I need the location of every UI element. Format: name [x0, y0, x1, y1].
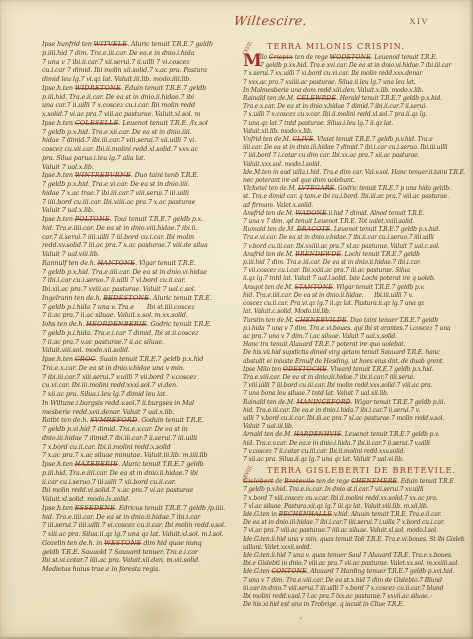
text-line: 7 una v 7 ibi.ii.car.7 xii.serui.7 ii.ui… — [42, 58, 238, 67]
text-line: In Wiltune.i.burgsis redd.v.sol.7 ii.bur… — [42, 399, 238, 408]
text-run: lat. Valuit.c.solid. Modo.iiii.lib. — [243, 308, 330, 315]
place-name: WODETONE — [330, 54, 371, 61]
text-line: Ipse.h.ten COLESELLE. Leuenot tenuit T.R… — [42, 119, 238, 128]
place-name: CHENEMERE — [351, 478, 397, 485]
text-run: una car.7 ii.uilli 7 x.coscez cu.i.car. … — [42, 101, 195, 109]
text-run: hidae 7 x.ac trae.7 ibi.iii.car.7 viii.s… — [42, 189, 189, 197]
text-run: 7 iii.serui.7 iiii.uilli 7 vi.coscez cu.… — [42, 521, 226, 529]
text-run: 7 xiii.ac pra. Silua.ii.qz lg.7 una qz l… — [42, 530, 224, 538]
text-line: 7 una v 7 dim. Tra.e.viii.car. De ea st.… — [243, 577, 465, 585]
text-line: Gozelin ten de.h. in WESTONE dim hid qua… — [42, 539, 238, 548]
text-line: Rannulf ten de.h. HANTONE. Vlgar tenuit … — [42, 259, 238, 268]
text-line: Ipse.h.ten WIDRETONE. Eduin tenuit T.R.E… — [42, 84, 238, 93]
text-line: hid. Tra.e.iiii.car. De ea st in dnio.ii… — [42, 513, 238, 522]
chapter-heading: XXVIII.TERRA GISLEBERTI DE BRETEVILE. — [267, 465, 465, 476]
text-run: . Toui tenuit T.R.E.7 geldb p.x. — [110, 215, 203, 223]
text-run: p.iiii.hid 7 dim. Tra.e.iii.car. De ea.e… — [42, 49, 194, 57]
text-line: Vnfrid ten de.M. CLIVE. Vluiet tenuit T.… — [243, 136, 465, 144]
text-run: 7 ibi.iii.car.7 xiii.serui.7 v.uilli 7 v… — [42, 373, 196, 381]
text-run: Tra.e.x.car. De ea st in dnio.v.hidae 7 … — [243, 103, 427, 110]
text-run: 7 xii.ac pra. Silua.ii.qz lg.7 una qz la… — [243, 456, 404, 463]
text-run: 7 una v 7 ibi.ii.car.7 xii.serui.7 ii.ui… — [42, 58, 190, 66]
text-run: . Eduin tenuit T.R.E. — [397, 478, 455, 485]
text-line: 7 x.serui.7 xx.uilli 7 xi.bord cu.vi.car… — [243, 70, 465, 78]
text-run: Rannulf ten de.h. — [42, 259, 97, 267]
text-run: coscez cu.vii.car. Ibi.ii.molini redd.xl… — [42, 145, 198, 153]
text-line: car.7 ii.serui.7 iiii.uilli 7 iii.bord c… — [42, 233, 238, 242]
text-run: 7 geldb p.vi.hid 7 dimid. Tra.e.v.car. D… — [42, 425, 188, 433]
text-run: Ide.M.ten in ead uilla.i.hid. Tra.e dim … — [243, 169, 465, 176]
text-line: p.iiii.hid 7 dim. Tra.e.iii.car. De ea.e… — [42, 49, 238, 58]
text-run: 7 x.uilli 7 x.coscez cu.v.car. Ibi.ii.mo… — [243, 111, 427, 118]
text-line: p.iii.hid. Tra.e.ii.car. De ea st in dni… — [42, 93, 238, 102]
ink-speck — [430, 595, 432, 597]
text-line: 7 ibi.i.car cu.i.seruo.7 ii.uilli 7 vi.b… — [42, 276, 238, 285]
text-line: ii.qz lg.7 tntd lat. Valuit 7 ual.l.soli… — [243, 275, 465, 283]
place-name: LVTEGARE — [298, 185, 334, 192]
text-run: De his.vii.hid supdictis dimid virg qeta… — [243, 349, 440, 356]
text-run: . Duo taini tenuer T.R.E.7 geldb — [347, 317, 438, 324]
text-line: ad firmam. Valet.x.solid. — [243, 202, 465, 210]
text-line: abstulit ei iniuste Ernulf de Hesding. u… — [243, 358, 465, 366]
text-line: coscez cu.ii.car. Pra.vi.qz lg.7 ii.qz l… — [243, 300, 465, 308]
text-run: Valuit 7 ual.viii.lib. — [42, 250, 99, 258]
place-name: BECHENHALLE — [279, 511, 332, 518]
text-line: Ide.G.ten.ii.hid 7 una v. quas tenuer Sa… — [243, 552, 465, 560]
chapter-heading: .XXVII.TERRA MILONIS CRISPIN. — [267, 41, 465, 52]
text-line: p.iii.hid. Tra.e.iiii.car. De ea st in d… — [42, 469, 238, 478]
text-line: una car.7 ii.uilli 7 x.coscez cu.i.car. … — [42, 101, 238, 110]
text-run: coscez cu.ii.car. Pra.vi.qz lg.7 ii.qz l… — [243, 300, 424, 307]
place-name: POLTONE — [75, 215, 110, 223]
text-line: geldb T.R.E. Sauuold 7 Sauuard tenuer. T… — [42, 548, 238, 557]
text-run: 7 geldb p.xx.hid. Tra.e.xvi.car. De ea s… — [260, 62, 451, 69]
text-run: Ansfrid ten de.M. — [243, 210, 295, 217]
text-run: Valuit.xxx.sol. modo.l.solid. — [243, 161, 321, 168]
text-line: Ipse.h.ten WINTREBVRNE. Duo taini tenb T… — [42, 171, 238, 180]
chapter-title: TERRA GISLEBERTI DE BRETEVILE. — [267, 465, 456, 475]
text-run: . Leuenot tenuit T.R.E. /lx.sol — [119, 119, 208, 127]
text-run: redd.xv.solid.7 iii.ac pra.7 x.ac pastur… — [42, 241, 208, 249]
text-run: iii.car in dnio.7 viii.serui.7 iii.uilli… — [243, 585, 443, 592]
text-line: 7 geldb p.xx.hid. Tra.e.xvi.car. De ea s… — [243, 62, 465, 70]
folio-number: XIV — [409, 16, 429, 26]
text-run: Hanc tra tenuit Aluuard T.R.E.7 poterat … — [243, 341, 405, 348]
text-line: Tra.e.x.car. De ea st in dnio.v.hidae 7 … — [243, 103, 465, 111]
text-line: Ide.M.ten in ead uilla.i.hid. Tra.e dim … — [243, 169, 465, 177]
text-run: . Aluric tenuit T.R.E.7 geldb — [118, 460, 204, 468]
text-run: iiii.car. De ea st in dnio.iii.hidae 7 d… — [243, 144, 448, 151]
text-run: . Wlgar tenuit T.R.E.7 geldb p.v. — [333, 284, 425, 291]
text-run: .v.hid. Aluuin tenuit T.R.E. Tra.e.ii.ca… — [332, 511, 442, 518]
text-line: Valuit 7 ual.x.lib. — [42, 163, 238, 172]
text-run: Ide.G.ten in — [243, 511, 279, 518]
text-line: coscez cu.vii.car. Ibi.ii.molini redd.xl… — [42, 145, 238, 154]
text-run: 7 xii.ac pra. Silua.i.leu lg.7 dimid leu… — [42, 390, 167, 398]
text-line: In Malmesberie una dom redd.xiii.den. Va… — [243, 87, 465, 95]
text-run: Ipse.h.ten — [42, 119, 75, 127]
text-line: Valuit.xii.lib. modo.x.lib. — [243, 128, 465, 136]
text-line: 7 iiii.bord 7 i.cotar cu dim car. Ibi.xx… — [243, 152, 465, 160]
text-line: iii.car in dnio.7 viii.serui.7 iii.uilli… — [243, 585, 465, 593]
text-run: 7 geldb p.i.hida 7 una v. Tra.e Ibi st.i… — [42, 303, 195, 311]
text-run: Rumald ten de.M. — [243, 226, 297, 233]
text-run: Tra.e.vi.car. De ea st in dnio.v.hidae.7… — [243, 234, 434, 241]
text-run: .ii.hid 7 dimid. Alnod tenuit T.R.E. — [327, 210, 425, 217]
text-run: dim hid quae nunq — [141, 539, 201, 547]
text-line: Ide.G.ten CONTONE. Aluuard 7 Harding ten… — [243, 568, 465, 576]
text-line: Iohs ten de.h. HEORDENBERIE. Godric tenu… — [42, 320, 238, 329]
text-line: 7 geldb p.vi.hid 7 dimid. Tra.e.v.car. D… — [42, 425, 238, 434]
text-line: Ipse.h.ten ESSEDENE. Edricus tenuit T.R.… — [42, 504, 238, 513]
text-line: ilo Crispin ten de rege WODETONE. Leueno… — [243, 54, 465, 62]
place-name: STANTONE — [295, 284, 333, 291]
text-line: Tra.e.viii.car. De ea st in dnio.iii.hid… — [243, 374, 465, 382]
text-run: ii.qz lg.7 tntd lat. Valuit 7 ual.l.soli… — [243, 275, 435, 282]
text-line: De his.vii.hid supdictis dimid virg qeta… — [243, 349, 465, 357]
text-run: Rainald ten de.M. — [243, 399, 297, 406]
text-run: . Lochi tenuit T.R.E.7 geldb — [341, 251, 420, 258]
place-name: CONTONE — [271, 568, 306, 575]
text-run: De ea st in dnio.iii.hidae.7 ibi.i.car.7… — [243, 519, 445, 526]
text-run: 7 x.bord cu.ii.car. Ibi.ii.molini redd.x… — [42, 443, 171, 451]
text-run: 7 geldb p.x.hid. Tra.e.vi.car. De ea st … — [42, 180, 190, 188]
text-run: 7 vii.coscez cu.i.car. Ibi.xxiii.ac pra.… — [243, 267, 410, 274]
text-run: Ingelrann ten de.h. — [42, 294, 103, 302]
place-name: DRACOTE — [297, 226, 331, 233]
text-run: Ipse hunfrid ten — [42, 40, 94, 48]
text-line: ii.car cu.i.seruo.7 iii.uilli 7 xii.bord… — [42, 478, 238, 487]
text-run: 7 geldb p.i.hida. Tra.e.i.car 7 dimid. I… — [42, 329, 198, 337]
text-line: cu.i.car 7 dimid. Ibi molin xii.solid.7 … — [42, 66, 238, 75]
text-line: Ibi molin redd.vi.solid.7 x.ac pra.7 vi.… — [42, 486, 238, 495]
text-line: Rainald ten de.M. CELEWRDE. Herald tenui… — [243, 95, 465, 103]
place-name: ESSEDENE — [75, 504, 115, 512]
place-name: ODESTOCHE — [283, 366, 327, 373]
text-line: Gislebert de Bretevile ten de rege CHENE… — [243, 478, 465, 486]
text-line: 7 ibi.iii.car.7 xiii.serui.7 v.uilli 7 v… — [42, 373, 238, 382]
text-line: Hanc tra tenuit Aluuard T.R.E.7 poterat … — [243, 341, 465, 349]
text-run: hidae 7 dimid.7 ibi.iii.car.7 viii.serui… — [42, 136, 196, 144]
place-name: HANTONE — [97, 259, 135, 267]
text-line: 7 xiii.ac pra. Silua.ii.qz lg.7 una qz l… — [42, 530, 238, 539]
text-run: 7 xl.ac siluae. Pastura.xii.qz lg.7 iii.… — [243, 503, 428, 510]
text-run: Valuit.xii.lib. modo.x.lib. — [243, 128, 312, 135]
text-run: 7 x.bord 7 xiii.coscez cu.v.car. Ibi.ii.… — [243, 495, 438, 502]
text-line: hid. Tra.e.iiii.car. De ea st in dnio.ii… — [243, 292, 465, 300]
text-run: car.7 ii.serui.7 iiii.uilli 7 iii.bord c… — [42, 233, 194, 241]
text-line: 7 una qz lat.7 tntd pasturae. Silua.i.le… — [243, 120, 465, 128]
text-line: 7 v.bord cu.iii.car. Ibi.xxiiii.ac pra.7… — [243, 243, 465, 251]
text-run: . Edricus tenuit T.R.E.7 geldb /p.iiii. — [115, 504, 225, 512]
text-line: Rainald ten de.M. MANINGEFORD. Wigar ten… — [243, 399, 465, 407]
text-line: p.iii.hid 7 dim. Tra.e.iii.car. De ea st… — [243, 259, 465, 267]
text-line: p.i.hida 7 una v 7 dim. Tra.e.vi.boues. … — [243, 325, 465, 333]
text-line: Ide.G.ten.ii.hid una v min. quas tenuit … — [243, 536, 465, 544]
place-name: SVMREFORD — [90, 416, 137, 424]
text-run: Ipse.h.ten — [42, 171, 75, 179]
text-run: . Godric tenuit T.R.E. — [147, 320, 212, 328]
text-line: x.solid.7 vi.ac pra.7 viii.ac pasturae. … — [42, 110, 238, 119]
right-text-column: .XXVII.TERRA MILONIS CRISPIN.Milo Crispi… — [243, 40, 465, 625]
text-run: 7 v.coscez 7 ii.cotar cu.iii.car. Ibi.ii… — [243, 448, 405, 455]
place-name: WITVELE — [94, 40, 128, 48]
text-run: Rotbt ten de.h. — [42, 416, 90, 424]
text-line: 7 geldb p.i.hida. Tra.e.i.car 7 dimid. I… — [42, 329, 238, 338]
text-run: Ide.G.ten — [243, 568, 271, 575]
text-line: Tra.e.x.car. De ea st in dnio.v.hidae un… — [42, 364, 238, 373]
text-run: Iohs ten de.h. — [42, 320, 86, 328]
text-run: pra. Silua parua.i.leu lg.7 alia lat. — [42, 154, 145, 162]
text-line: Ansgot ten de.M. STANTONE. Wlgar tenuit … — [243, 284, 465, 292]
text-line: Ide.G.ten in BECHENHALLE.v.hid. Aluuin t… — [243, 511, 465, 519]
text-run: ten de rege — [315, 478, 352, 485]
text-run: Ibi molini redd.v.sol.7 l.ac pra.7 lxx.a… — [243, 593, 429, 600]
place-name: CHENEBVILDE — [295, 317, 346, 324]
place-name: MANINGEFORD — [297, 399, 351, 406]
running-title: Wiltescire. — [233, 13, 308, 28]
place-name: HAZEBERIE — [75, 460, 118, 468]
text-run: 7 ii.ac pra.7 v.ac pasturae.7 ii.ac silu… — [42, 338, 164, 346]
text-run: Ipse.h.ten — [42, 355, 75, 363]
place-name: WINTREBVRNE — [75, 171, 131, 179]
ink-speck — [300, 617, 302, 619]
text-line: Valuit.viii.sol. modo.xii.solid. — [42, 346, 238, 355]
text-line: Ingelrann ten de.h. BEDESTONE. Aluric te… — [42, 294, 238, 303]
text-run: nec poterant ire ad que dnm uolebant. — [243, 177, 355, 184]
text-line: nec poterant ire ad que dnm uolebant. — [243, 177, 465, 185]
text-run: 7 una v 7 dim. Tra.e.viii.car. De ea st.… — [243, 577, 442, 584]
text-run: hid. Tra.e.iiii.car. De ea st in dnio.vi… — [42, 224, 197, 232]
text-run: geldb T.R.E. Sauuold 7 Sauuard tenuer. T… — [42, 548, 198, 556]
text-line: hidae 7 x.ac trae.7 ibi.iii.car.7 viii.s… — [42, 189, 238, 198]
text-run: Ansfrid ten de.M. — [243, 251, 295, 258]
text-line: 7 vi.ac pra.7 viii.ac pasturae.7 iiii.ac… — [243, 527, 465, 535]
text-run: Ipse.h.ten — [42, 504, 75, 512]
text-run: 7 iiii.bord 7 i.cotar cu dim car. Ibi.xx… — [243, 152, 419, 159]
text-run: Ibi st.vi.cotar.7 iiii.ac pra. Valuit.xi… — [42, 556, 200, 564]
text-run: . Goduin tenuit T.R.E. — [137, 416, 203, 424]
text-line: iiii.car. De ea st in dnio.iii.hidae 7 d… — [243, 144, 465, 152]
text-run: . Vlgar tenuit T.R.E. — [135, 259, 196, 267]
text-line: uilli 7 v.bord cu.ii.car. Ibi.iii.ac pra… — [243, 415, 465, 423]
text-run: Ansgot ten de.M. — [243, 284, 295, 291]
text-line: Ibi.e Gislebti in dnio.7 viii.ac pra.7 v… — [243, 560, 465, 568]
text-line: Ibi.xii.ac pra.7 xviii.ac pasturae. Valu… — [42, 285, 238, 294]
text-run: . Suain tenuit T.R.E.7 geldb p.x.hid — [96, 355, 204, 363]
text-run: . Eduin tenuit T.R.E.7 geldb — [121, 84, 206, 92]
text-run: . Duo taini tenb T.R.E. — [131, 171, 199, 179]
text-line: Valuit 7 ual.x.lib. — [42, 206, 238, 215]
place-name: BRENDEWDE — [295, 251, 341, 258]
text-run: st. Tra.e dimid car. q tam.e ibi cu.i.bo… — [243, 193, 449, 200]
text-line: cu.vi.car. Ibi.iii.molini redd.xxxi.sol.… — [42, 381, 238, 390]
text-run: 7 iiii.bord cu.iii.car. Ibi.xiiii.ac pra… — [42, 198, 195, 206]
text-run: 7 ibi.i.car cu.i.seruo.7 ii.uilli 7 vi.b… — [42, 276, 186, 284]
text-run: Turstin ten de.M. — [243, 317, 295, 324]
text-run: Ipse.h.ten — [42, 215, 75, 223]
text-run: hid. Tra.e.v.car. De ea.e in dnio.i.hida… — [243, 440, 430, 447]
left-text-column: Ipse hunfrid ten WITVELE. Aluric tenuit … — [42, 40, 238, 600]
text-line: 7 geldb p.v.hid. Tra.e.ix.car. In dnio s… — [243, 486, 465, 494]
text-line: Valuit.xl.solid. modo.lx.solid. — [42, 495, 238, 504]
text-line: pra. Silua parua.i.leu lg.7 alia lat. — [42, 154, 238, 163]
text-line: Rotbt ten de.h. SVMREFORD. Goduin tenuit… — [42, 416, 238, 425]
text-run: Ipse.h.ten — [42, 84, 75, 92]
text-run: cu.vi.car. Ibi.iii.molini redd.xxxi.sol.… — [42, 381, 178, 389]
text-run: Rainald ten de.M. — [243, 95, 297, 102]
text-run: Tra.e.x.car. De ea st in dnio.v.hidae un… — [42, 364, 185, 372]
text-line: Ibi molini redd.v.sol.7 l.ac pra.7 lxx.a… — [243, 593, 465, 601]
text-run: . Leuenod tenuit T.R.E. — [371, 54, 437, 61]
text-run: uillani. Valet.xxxii.solid. — [243, 544, 311, 551]
text-run: 7 v.bord cu.iii.car. Ibi.xxiiii.ac pra.7… — [243, 243, 440, 250]
text-line: 7 una v 7 dim. qd tenuit Leuenot T.R.E. … — [243, 218, 465, 226]
text-line: 7 viii.uilli 7 iii.bord cu.iii.car. Ibi … — [243, 382, 465, 390]
text-run: 7 x.serui.7 xx.uilli 7 xi.bord cu.vi.car… — [243, 70, 422, 77]
text-line: 7 xl.ac siluae. Pastura.xii.qz lg.7 iii.… — [243, 503, 465, 511]
chapter-title: TERRA MILONIS CRISPIN. — [267, 41, 405, 51]
text-line: De ea st in dnio.iii.hidae.7 ibi.i.car.7… — [243, 519, 465, 527]
text-line: Ipse Milo ten ODESTOCHE. Vlward tenuit T… — [243, 366, 465, 374]
text-run: Valuit 7 ual.x.lib. — [42, 206, 94, 214]
text-run: hid. Tra.e.iiii.car. De ea st in dnio.ii… — [42, 513, 200, 521]
text-run: hid. Tra.e.iii.car. De ea.e in dnio.i.hi… — [243, 407, 420, 414]
text-run: de — [274, 478, 285, 485]
text-run: dimid leu lg.7 vi.qz lat. Valuit.iii.lib… — [42, 75, 191, 83]
place-name: Bretevile — [284, 478, 314, 485]
text-line: ac pra.7 una v 7 dim.7 i.ac siluae. Valu… — [243, 333, 465, 341]
text-run: Valuit.viii.sol. modo.xii.solid. — [42, 346, 130, 354]
text-run: ilo — [260, 54, 269, 61]
text-run: 7 x.ac pra.7 x.ac siluae minutae. Valuit… — [42, 451, 207, 459]
text-run: Gozelin ten de.h. in — [42, 539, 104, 547]
text-line: 7 geldb p.x.hid. Tra.e.iiii.car. De ea s… — [42, 268, 238, 277]
text-run: Ibi.e Gislebti in dnio.7 viii.ac pra.7 v… — [243, 560, 459, 567]
place-name: WESTONE — [104, 539, 141, 547]
text-run: De his.xi.hid est una in Trobrige. q iac… — [243, 601, 404, 608]
text-line: Ipse.h.ten CROC. Suain tenuit T.R.E.7 ge… — [42, 355, 238, 364]
text-run: 7 una qz lat.7 tntd pasturae. Silua.i.le… — [243, 120, 393, 127]
text-line: Valuit.xxx.sol. modo.l.solid. — [243, 161, 465, 169]
text-line: De his.xi.hid est una in Trobrige. q iac… — [243, 601, 465, 609]
text-line: mesberie redd.xvii.denar. Valuit 7 ual.x… — [42, 408, 238, 417]
text-run: . Leuenot tenuit T.R.E.7 geldb p.v. — [341, 431, 439, 438]
text-run: Arnald ten de.M. — [243, 431, 294, 438]
text-run: Medietas huius trae.e in foresta regis. — [42, 565, 160, 573]
text-run: ii.car cu.i.seruo.7 iii.uilli 7 xii.bord… — [42, 478, 176, 486]
text-run: Vlchetel ten de.M. — [243, 185, 298, 192]
text-run: In Malmesberie una dom redd.xiii.den. Va… — [243, 87, 423, 94]
text-line: Ansfrid ten de.M. BRENDEWDE. Lochi tenui… — [243, 251, 465, 259]
place-name: BEDESTONE — [103, 294, 149, 302]
text-line: Turstin ten de.M. CHENEBVILDE. Duo taini… — [243, 317, 465, 325]
text-line: Ipse.h.ten HAZEBERIE. Aluric tenuit T.R.… — [42, 460, 238, 469]
text-line: lat. Valuit.c.solid. Modo.iiii.lib. — [243, 308, 465, 316]
text-line: Rumald ten de.M. DRACOTE. Leuenot tenuit… — [243, 226, 465, 234]
text-run: . Godric tenuit T.R.E.7 p una hida geldb… — [334, 185, 450, 192]
text-line: dnio.iii.hidae 7 dimid.7 ibi.iii.car.7 i… — [42, 434, 238, 443]
text-run: 7 geldb p.x.hid. Tra.e.xii.car. De ea st… — [42, 128, 192, 136]
text-line: Arnald ten de.M. HARDENHVIS. Leuenot ten… — [243, 431, 465, 439]
text-line: 7 geldb p.i.hida 7 una v. Tra.e Ibi st.i… — [42, 303, 238, 312]
text-run: . Vluiet tenuit T.R.E.7 geldb p.v.hid. T… — [314, 136, 433, 143]
text-run: ad firmam. Valet.x.solid. — [243, 202, 313, 209]
text-line: Vlchetel ten de.M. LVTEGARE. Godric tenu… — [243, 185, 465, 193]
text-run: Valuit 7 ual.x.lib. — [42, 163, 94, 171]
text-run: . Aluric tenuit T.R.E. — [149, 294, 211, 302]
text-run: 7 una v 7 dim. qd tenuit Leuenot T.R.E. … — [243, 218, 414, 225]
place-name: HARDENHVIS — [294, 431, 342, 438]
text-run: dnio.iii.hidae 7 dimid.7 ibi.iii.car.7 i… — [42, 434, 197, 442]
text-run: x.solid.7 vi.ac pra.7 viii.ac pasturae. … — [42, 110, 200, 118]
text-run: Tra.e.viii.car. De ea st in dnio.iii.hid… — [243, 374, 415, 381]
text-run: . Herald tenuit T.R.E.7 geldb p.x.hid. — [336, 95, 442, 102]
text-line: 7 v.coscez 7 ii.cotar cu.iii.car. Ibi.ii… — [243, 448, 465, 456]
text-run: 7 una bona leu siluae.7 tntd lat. Valuit… — [243, 390, 389, 397]
stain — [110, 588, 200, 639]
text-run: Ide.G.ten.ii.hid 7 una v. quas tenuer Sa… — [243, 552, 453, 559]
text-line: 7 x.bord 7 xiii.coscez cu.v.car. Ibi.ii.… — [243, 495, 465, 503]
text-line: st. Tra.e dimid car. q tam.e ibi cu.i.bo… — [243, 193, 465, 201]
text-run: p.iii.hid 7 dim. Tra.e.iii.car. De ea st… — [243, 259, 421, 266]
text-run: uilli 7 v.bord cu.ii.car. Ibi.iii.ac pra… — [243, 415, 444, 422]
text-run: 7 vi.ac pra.7 viii.ac pasturae.7 iiii.ac… — [243, 527, 438, 534]
text-line: Ansfrid ten de.M. WADONE.ii.hid 7 dimid.… — [243, 210, 465, 218]
place-name: CELEWRDE — [297, 95, 337, 102]
text-line: 7 ii.ac pra.7 ii.ac siluae. Valuit.x.sol… — [42, 311, 238, 320]
text-run: Valuit 7 ual.iii.lib. — [243, 423, 293, 430]
text-run: Vnfrid ten de.M. — [243, 136, 292, 143]
text-run: 7 viii.uilli 7 iii.bord cu.iii.car. Ibi … — [243, 382, 432, 389]
text-run: . Wigar tenuit T.R.E.7 geldb p.iii. — [351, 399, 445, 406]
text-line: 7 vii.coscez cu.i.car. Ibi.xxiii.ac pra.… — [243, 267, 465, 275]
text-line: hid. Tra.e.iiii.car. De ea st in dnio.vi… — [42, 224, 238, 233]
text-line: 7 x.ac pra.7 x.ac siluae minutae. Valuit… — [42, 451, 238, 460]
text-line: hidae 7 dimid.7 ibi.iii.car.7 viii.serui… — [42, 136, 238, 145]
text-line: Tra.e.vi.car. De ea st in dnio.v.hidae.7… — [243, 234, 465, 242]
text-line: Valuit 7 ual.iii.lib. — [243, 423, 465, 431]
text-run: Ide.G.ten.ii.hid una v min. quas tenuit … — [243, 536, 465, 543]
text-line: 7 x.bord cu.ii.car. Ibi.ii.molini redd.x… — [42, 443, 238, 452]
place-name: WIDRETONE — [75, 84, 121, 92]
text-line: 7 xii.ac pra. Silua.ii.qz lg.7 una qz la… — [243, 456, 465, 464]
text-line: 7 iiii.bord cu.iii.car. Ibi.xiiii.ac pra… — [42, 198, 238, 207]
text-run: ten de rege — [293, 54, 330, 61]
text-line: hid. Tra.e.iii.car. De ea.e in dnio.i.hi… — [243, 407, 465, 415]
text-run: . Aluric tenuit T.R.E.7 geldb — [127, 40, 213, 48]
place-name: CLIVE — [292, 136, 313, 143]
text-run: 7 geldb p.v.hid. Tra.e.ix.car. In dnio s… — [243, 486, 424, 493]
text-run: Valuit.xl.solid. modo.lx.solid. — [42, 495, 130, 503]
text-run: 7 geldb p.x.hid. Tra.e.iiii.car. De ea s… — [42, 268, 207, 276]
text-run: 7 ii.ac pra.7 ii.ac siluae. Valuit.x.sol… — [42, 311, 188, 319]
text-run: Ibi molin redd.vi.solid.7 x.ac pra.7 vi.… — [42, 486, 193, 494]
text-line: 7 una bona leu siluae.7 tntd lat. Valuit… — [243, 390, 465, 398]
text-line: Ipse.h.ten POLTONE. Toui tenuit T.R.E.7 … — [42, 215, 238, 224]
manuscript-page: XIV Wiltescire. Ipse hunfrid ten WITVELE… — [0, 0, 473, 639]
text-line: dimid leu lg.7 vi.qz lat. Valuit.iii.lib… — [42, 75, 238, 84]
text-line: Medietas huius trae.e in foresta regis. — [42, 565, 238, 574]
text-line: 7 geldb p.x.hid. Tra.e.vi.car. De ea st … — [42, 180, 238, 189]
place-name: CROC — [75, 355, 96, 363]
text-line: Valuit 7 ual.viii.lib. — [42, 250, 238, 259]
text-run: . Aluuard 7 Harding tenuer T.R.E.7 geldb… — [307, 568, 454, 575]
text-line: 7 ii.ac pra.7 v.ac pasturae.7 ii.ac silu… — [42, 338, 238, 347]
place-name: COLESELLE — [75, 119, 119, 127]
text-run: p.iii.hid. Tra.e.iiii.car. De ea st in d… — [42, 469, 198, 477]
text-run: Ibi.xii.ac pra.7 xviii.ac pasturae. Valu… — [42, 285, 196, 293]
